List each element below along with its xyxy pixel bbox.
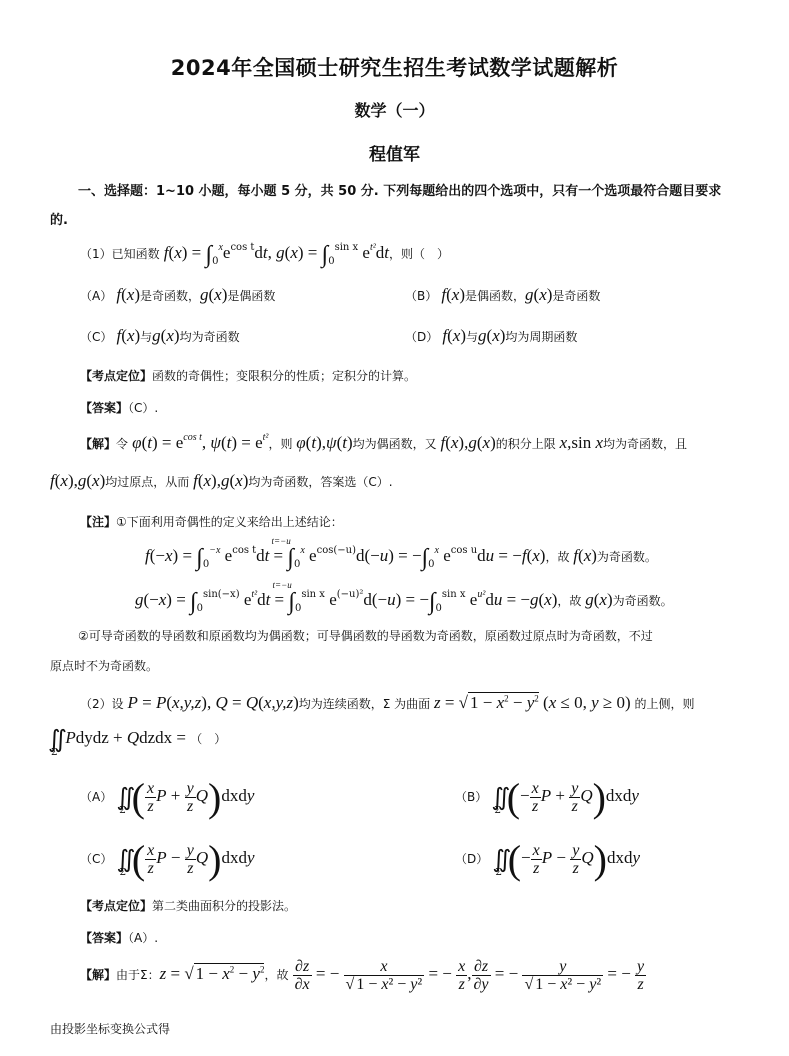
solution-tag: 【解】: [80, 437, 116, 451]
q2-answer: 【答案】（A）.: [80, 929, 158, 946]
answer-text: （C）.: [128, 401, 158, 415]
q1-stem-suffix: ，则（ ）: [389, 247, 449, 261]
kaodian-text: 函数的奇偶性；变限积分的性质；定积分的计算。: [152, 369, 416, 383]
note2-line2: 原点时不为奇函数。: [50, 657, 158, 674]
section-heading-cont: 的.: [50, 209, 68, 228]
note-equation-g: g(−x) = ∫0sin(−x) et²dt t=−u = ∫0sin x e…: [135, 589, 673, 616]
option-label: （A）: [80, 790, 112, 804]
note-tag: 【注】: [80, 515, 116, 529]
q1-note: 【注】①下面利用奇偶性的定义来给出上述结论：: [80, 513, 343, 530]
author-name: 程值军: [0, 140, 789, 165]
solution-tag: 【解】: [80, 968, 116, 982]
q1-option-c: （C） f(x)与g(x)均为奇函数: [80, 326, 240, 346]
q1-stem-prefix: 已知函数: [112, 247, 160, 261]
option-label: （C）: [80, 330, 112, 344]
q2-stem-line1: （2）设 P = P(x,y,z), Q = Q(x,y,z)均为连续函数，Σ …: [80, 693, 694, 713]
q1-option-a: （A） f(x)是奇函数，g(x)是偶函数: [80, 285, 275, 305]
answer-tag: 【答案】: [80, 401, 128, 415]
kaodian-tag: 【考点定位】: [80, 369, 152, 383]
q2-option-d: （D） ∬Σ(−xzP − yzQ)dxdy: [455, 836, 640, 883]
q1-option-d: （D） f(x)与g(x)均为周期函数: [405, 326, 577, 346]
q2-option-a: （A） ∬Σ(xzP + yzQ)dxdy: [80, 774, 254, 821]
answer-tag: 【答案】: [80, 931, 128, 945]
q1-option-b: （B） f(x)是偶函数，g(x)是奇函数: [405, 285, 600, 305]
q2-kaodian: 【考点定位】第二类曲面积分的投影法。: [80, 897, 296, 914]
q1-number: （1）: [80, 247, 112, 261]
page-subtitle: 数学（一）: [0, 98, 789, 121]
option-label: （B）: [455, 790, 487, 804]
kaodian-text: 第二类曲面积分的投影法。: [152, 899, 296, 913]
option-label: （B）: [405, 289, 437, 303]
q2-solution: 【解】由于Σ：z = √1 − x2 − y2，故 ∂z∂x = − x√1 −…: [80, 958, 646, 993]
kaodian-tag: 【考点定位】: [80, 899, 152, 913]
option-label: （D）: [455, 852, 488, 866]
q2-option-c: （C） ∬Σ(xzP − yzQ)dxdy: [80, 836, 255, 883]
q2-stem-line2: ∬ΣPdydz + Qdzdx = （ ）: [48, 725, 226, 754]
option-label: （A）: [80, 289, 112, 303]
page-title: 2024年全国硕士研究生招生考试数学试题解析: [0, 52, 789, 82]
section-heading: 一、选择题：1~10 小题，每小题 5 分，共 50 分. 下列每题给出的四个选…: [78, 180, 721, 199]
option-label: （D）: [405, 330, 438, 344]
q2-number: （2）: [80, 697, 112, 711]
q2-option-b: （B） ∬Σ(−xzP + yzQ)dxdy: [455, 774, 639, 821]
note-intro: ①下面利用奇偶性的定义来给出上述结论：: [116, 515, 343, 529]
q2-continuation: 由投影坐标变换公式得: [50, 1020, 170, 1037]
q1-solution-line2: f(x),g(x)均过原点，从而 f(x),g(x)均为奇函数，答案选（C）.: [50, 471, 393, 491]
answer-text: （A）.: [128, 931, 158, 945]
option-label: （C）: [80, 852, 112, 866]
q1-stem: （1）已知函数 f(x) = ∫0xecos tdt, g(x) = ∫0sin…: [80, 242, 449, 269]
note2-line1: ②可导奇函数的导函数和原函数均为偶函数；可导偶函数的导函数为奇函数，原函数过原点…: [78, 627, 653, 644]
q1-solution-line1: 【解】令 φ(t) = ecos t, ψ(t) = et²，则 φ(t),ψ(…: [80, 432, 687, 453]
note-equation-f: f(−x) = ∫0−x ecos tdt t=−u = ∫0x ecos(−u…: [145, 545, 657, 572]
q1-answer: 【答案】（C）.: [80, 399, 158, 416]
q1-kaodian: 【考点定位】函数的奇偶性；变限积分的性质；定积分的计算。: [80, 367, 416, 384]
